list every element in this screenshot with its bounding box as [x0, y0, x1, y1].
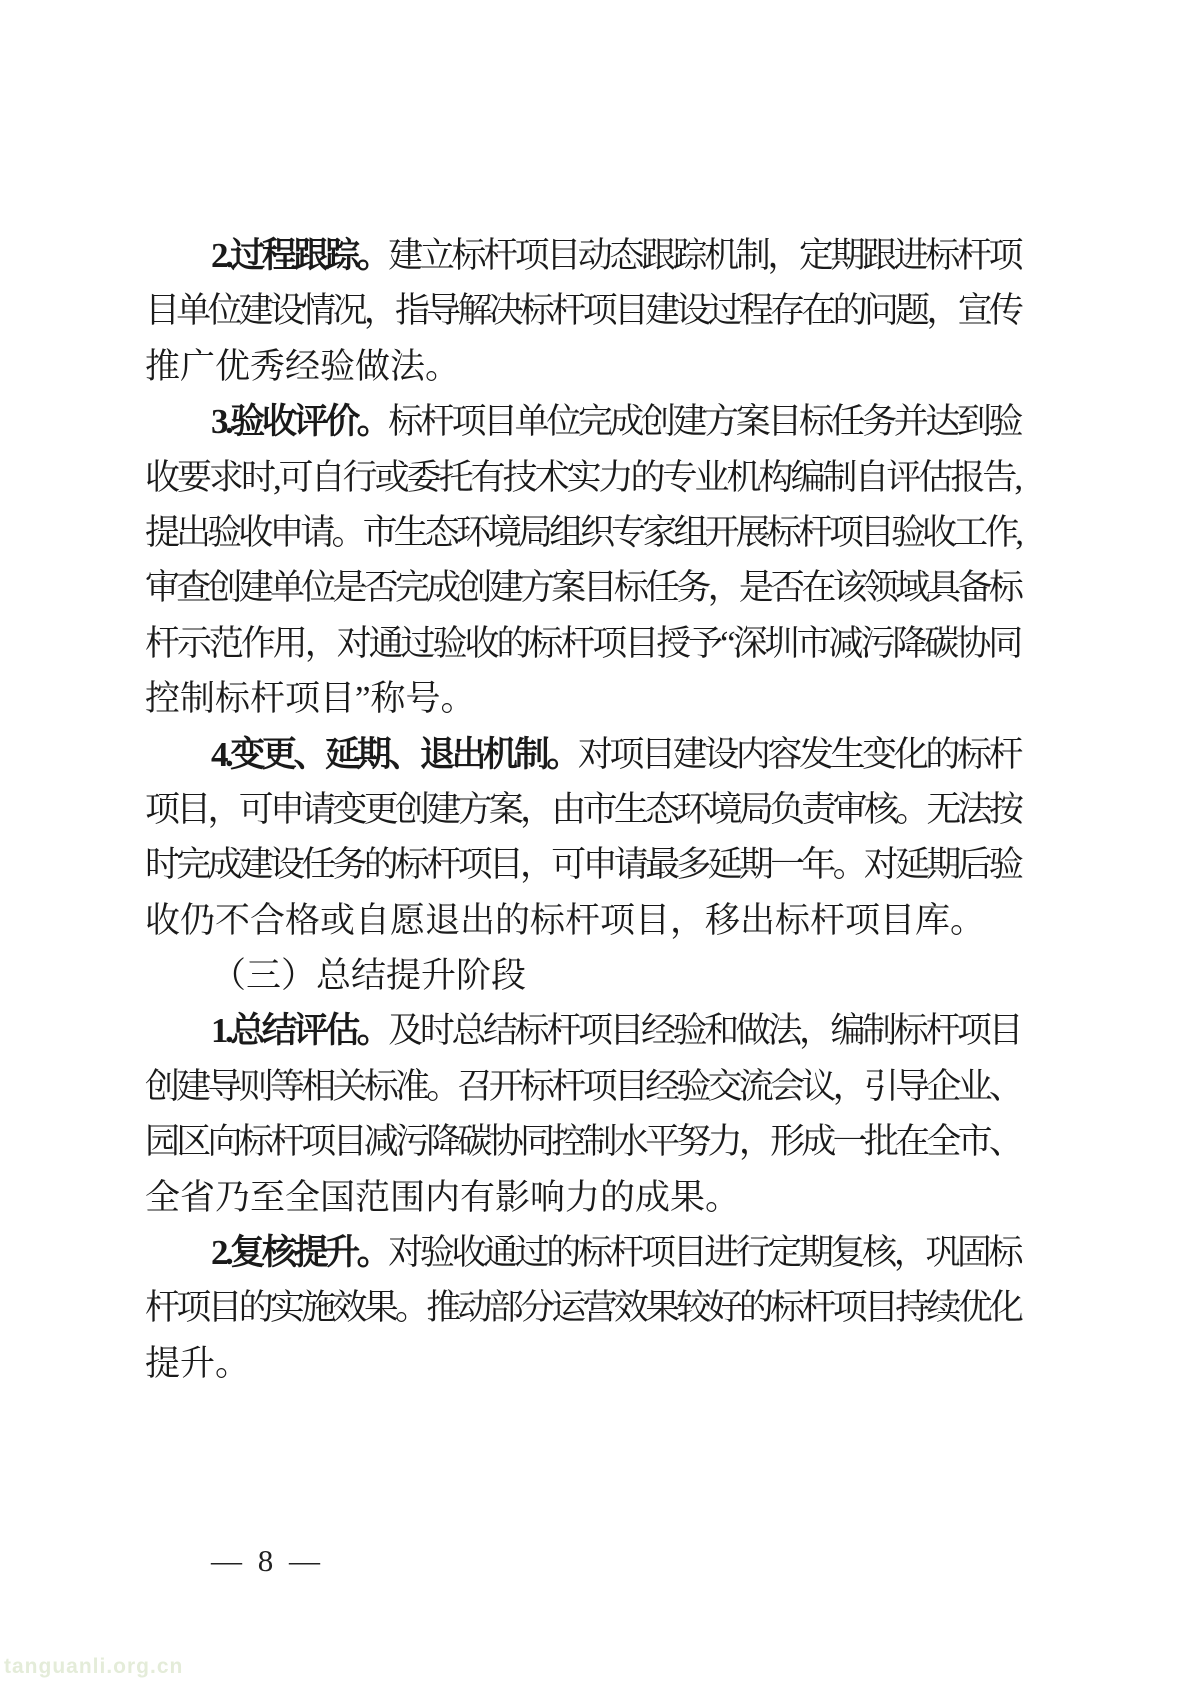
line-text: 目单位建设情况，指导解决标杆项目建设过程存在的问题，宣传: [145, 291, 1020, 330]
section-heading: 2.复核提升。: [211, 1233, 388, 1272]
line-text: 提出验收申请。市生态环境局组织专家组开展标杆项目验收工作,: [145, 513, 1020, 552]
text-line: 园区向标杆项目减污降碳协同控制水平努力，形成一批在全市、: [145, 1114, 1020, 1169]
line-text: 控制标杆项目”称号。: [145, 679, 476, 718]
text-line: 提升。: [145, 1336, 1020, 1391]
text-line: 2.复核提升。对验收通过的标杆项目进行定期复核，巩固标: [145, 1225, 1020, 1280]
text-line: 时完成建设任务的标杆项目，可申请最多延期一年。对延期后验: [145, 837, 1020, 892]
text-line: 2.过程跟踪。建立标杆项目动态跟踪机制，定期跟进标杆项: [145, 228, 1020, 283]
watermark: tanguanli.org.cn: [4, 1655, 183, 1679]
text-line: 推广优秀经验做法。: [145, 339, 1020, 394]
text-line: 创建导则等相关标准。召开标杆项目经验交流会议，引导企业、: [145, 1059, 1020, 1114]
text-line: 收仍不合格或自愿退出的标杆项目，移出标杆项目库。: [145, 893, 1020, 948]
section-heading: 2.过程跟踪。: [211, 236, 388, 275]
page-number: — 8 —: [211, 1543, 324, 1579]
text-line: 1.总结评估。及时总结标杆项目经验和做法，编制标杆项目: [145, 1003, 1020, 1058]
document-body: 2.过程跟踪。建立标杆项目动态跟踪机制，定期跟进标杆项目单位建设情况，指导解决标…: [145, 228, 1020, 1391]
line-text: 收仍不合格或自愿退出的标杆项目，移出标杆项目库。: [145, 901, 985, 940]
line-text: （三）总结提升阶段: [211, 956, 526, 995]
line-text: 推广优秀经验做法。: [145, 347, 460, 386]
line-text: 杆项目的实施效果。推动部分运营效果较好的标杆项目持续优化: [145, 1288, 1020, 1327]
section-heading: 3.验收评价。: [211, 402, 388, 441]
line-text: 对项目建设内容发生变化的标杆: [578, 735, 1020, 774]
text-line: 目单位建设情况，指导解决标杆项目建设过程存在的问题，宣传: [145, 283, 1020, 338]
section-heading: 1.总结评估。: [211, 1011, 388, 1050]
text-line: 杆示范作用，对通过验收的标杆项目授予“深圳市减污降碳协同: [145, 616, 1020, 671]
line-text: 时完成建设任务的标杆项目，可申请最多延期一年。对延期后验: [145, 845, 1020, 884]
line-text: 审查创建单位是否完成创建方案目标任务，是否在该领域具备标: [145, 568, 1020, 607]
line-text: 标杆项目单位完成创建方案目标任务并达到验: [388, 402, 1020, 441]
document-page: 2.过程跟踪。建立标杆项目动态跟踪机制，定期跟进标杆项目单位建设情况，指导解决标…: [0, 0, 1190, 1683]
line-text: 收要求时,可自行或委托有技术实力的专业机构编制自评估报告,: [145, 458, 1020, 497]
line-text: 项目，可申请变更创建方案，由市生态环境局负责审核。无法按: [145, 790, 1020, 829]
text-line: 提出验收申请。市生态环境局组织专家组开展标杆项目验收工作,: [145, 505, 1020, 560]
text-line: 控制标杆项目”称号。: [145, 671, 1020, 726]
text-line: （三）总结提升阶段: [145, 948, 1020, 1003]
line-text: 建立标杆项目动态跟踪机制，定期跟进标杆项: [388, 236, 1020, 275]
text-line: 杆项目的实施效果。推动部分运营效果较好的标杆项目持续优化: [145, 1280, 1020, 1335]
text-line: 3.验收评价。标杆项目单位完成创建方案目标任务并达到验: [145, 394, 1020, 449]
line-text: 及时总结标杆项目经验和做法，编制标杆项目: [388, 1011, 1020, 1050]
text-line: 审查创建单位是否完成创建方案目标任务，是否在该领域具备标: [145, 560, 1020, 615]
text-line: 4.变更、延期、退出机制。对项目建设内容发生变化的标杆: [145, 727, 1020, 782]
line-text: 提升。: [145, 1344, 250, 1383]
text-line: 项目，可申请变更创建方案，由市生态环境局负责审核。无法按: [145, 782, 1020, 837]
line-text: 杆示范作用，对通过验收的标杆项目授予“深圳市减污降碳协同: [145, 624, 1020, 663]
line-text: 创建导则等相关标准。召开标杆项目经验交流会议，引导企业、: [145, 1067, 1020, 1106]
line-text: 对验收通过的标杆项目进行定期复核，巩固标: [388, 1233, 1020, 1272]
section-heading: 4.变更、延期、退出机制。: [211, 735, 578, 774]
text-line: 全省乃至全国范围内有影响力的成果。: [145, 1170, 1020, 1225]
line-text: 园区向标杆项目减污降碳协同控制水平努力，形成一批在全市、: [145, 1122, 1020, 1161]
text-line: 收要求时,可自行或委托有技术实力的专业机构编制自评估报告,: [145, 450, 1020, 505]
line-text: 全省乃至全国范围内有影响力的成果。: [145, 1178, 740, 1217]
